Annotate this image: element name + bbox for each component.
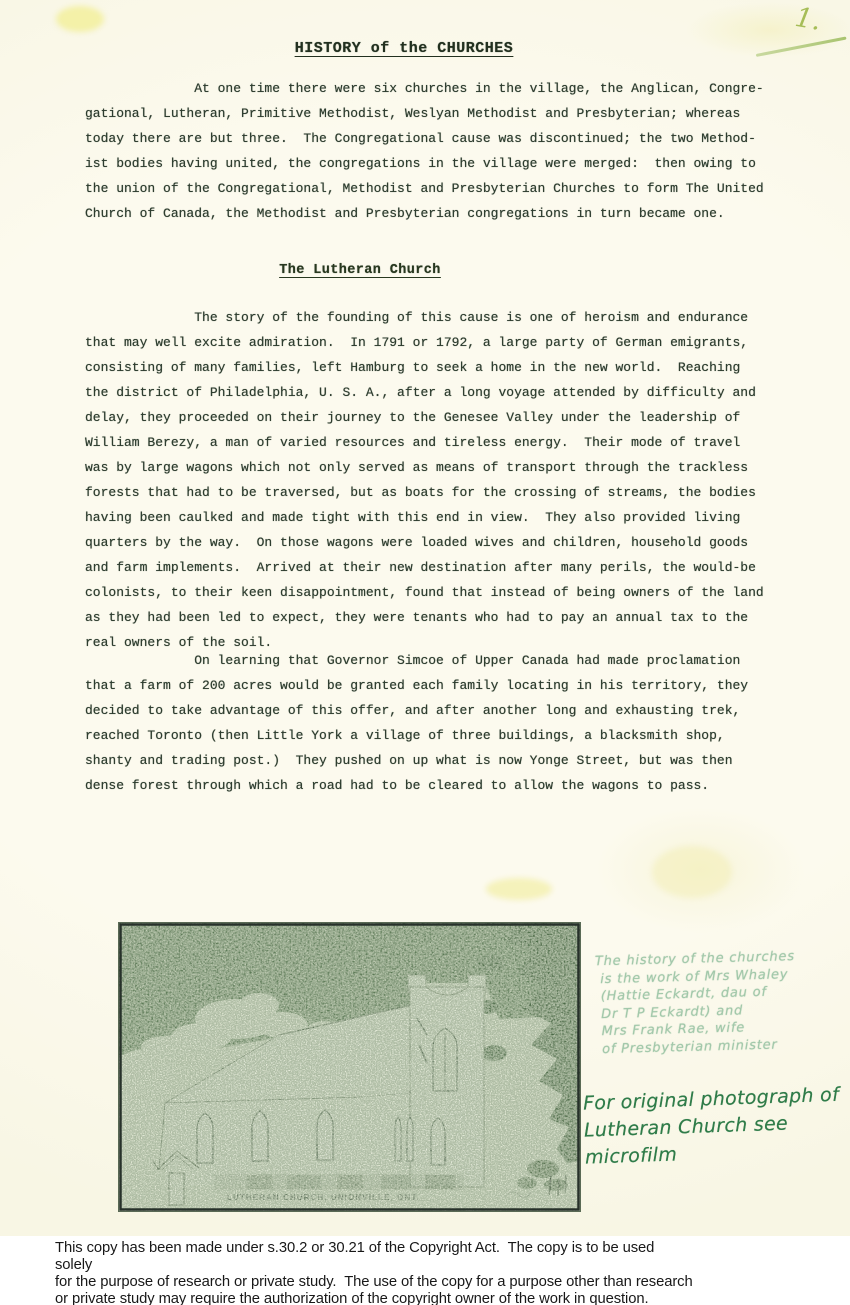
section-heading-lutheran-church: The Lutheran Church [0, 263, 720, 278]
copyright-notice: This copy has been made under s.30.2 or … [55, 1240, 695, 1305]
paragraph-history-intro: At one time there were six churches in t… [85, 76, 795, 226]
handwritten-note-attribution: The history of the churches is the work … [595, 947, 848, 1059]
scan-smudge-right [652, 846, 732, 898]
church-photo-figure: LUTHERAN CHURCH, UNIONVILLE, ONT. [119, 923, 580, 1211]
document-title: HISTORY of the CHURCHES [0, 40, 808, 57]
handwritten-note-microfilm: For original photograph of Lutheran Chur… [583, 1081, 850, 1171]
paragraph-lutheran-simcoe: On learning that Governor Simcoe of Uppe… [85, 648, 795, 798]
paragraph-lutheran-founding: The story of the founding of this cause … [85, 305, 795, 655]
document-page: 1. HISTORY of the CHURCHES At one time t… [0, 0, 850, 1236]
page-number: 1. [793, 2, 848, 41]
scan-smudge-above-photo [486, 878, 552, 900]
photocopy-dark-speckle [119, 923, 580, 1211]
church-photo-canvas: LUTHERAN CHURCH, UNIONVILLE, ONT. [119, 923, 580, 1211]
scan-smudge-top-left [56, 6, 104, 32]
